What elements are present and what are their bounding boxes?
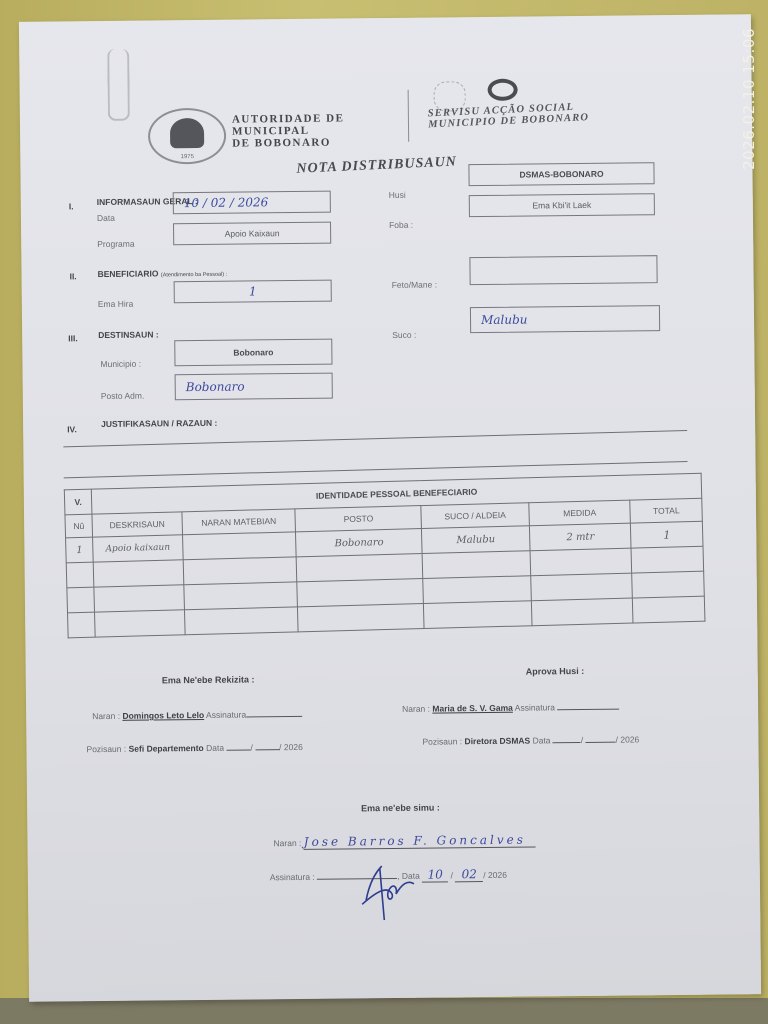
- assinatura-label: Assinatura :: [270, 872, 315, 882]
- cell-total[interactable]: [632, 571, 704, 598]
- requester-heading: Ema Ne'ebe Rekizita :: [162, 674, 255, 685]
- cell-total[interactable]: [633, 596, 705, 623]
- handwritten-signature-icon: [358, 860, 419, 927]
- document-page: 1975 AUTORIDADE DE MUNICIPAL DE BOBONARO…: [19, 14, 761, 1002]
- naran-label: Naran :: [273, 838, 301, 848]
- column-header: SUCO / ALDEIA: [421, 503, 529, 529]
- data-label: Data: [206, 743, 224, 753]
- year-text: / 2026: [616, 734, 640, 744]
- month-value: 02: [462, 867, 477, 881]
- receiver-name-line: Naran : Jose Barros F. Goncalves: [273, 832, 535, 850]
- photo-timestamp: 2026.02.10 15:06: [740, 28, 758, 170]
- document-title: NOTA DISTRIBUSAUN: [296, 154, 457, 177]
- naran-label: Naran :: [402, 704, 430, 714]
- data-label: Data: [97, 213, 115, 223]
- beneficiario-title: BENEFICIARIO: [97, 268, 158, 279]
- requester-position-line: Pozisaun : Sefi Departemento Data / / 20…: [86, 740, 302, 754]
- cell-no[interactable]: [68, 612, 96, 638]
- posto-field[interactable]: Bobonaro: [175, 373, 333, 401]
- social-service-seal-icon: [488, 79, 518, 101]
- section-number: II.: [70, 271, 77, 281]
- programa-label: Programa: [97, 239, 134, 249]
- data-value: 10 / 02 / 2026: [184, 195, 269, 210]
- cell-naran-matebian[interactable]: [184, 582, 298, 610]
- year-text: / 2026: [279, 742, 303, 752]
- approver-name: Maria de S. V. Gama: [432, 703, 513, 714]
- cell-posto[interactable]: [297, 579, 423, 607]
- cell-no[interactable]: [66, 562, 94, 588]
- receiver-name-field[interactable]: Jose Barros F. Goncalves: [304, 832, 536, 849]
- municipio-label: Municipio :: [100, 359, 141, 369]
- day-value: 10: [427, 867, 442, 881]
- pozisaun-label: Pozisaun :: [422, 736, 462, 746]
- municipio-field[interactable]: Bobonaro: [174, 339, 332, 367]
- column-header: POSTO: [295, 506, 421, 532]
- assinatura-label: Assinatura: [515, 702, 555, 712]
- desk-surface: [0, 998, 768, 1024]
- column-header: MEDIDA: [529, 500, 631, 526]
- receiver-name: Jose Barros F. Goncalves: [304, 833, 526, 849]
- approver-signature-field[interactable]: [557, 700, 619, 711]
- receiver-heading: Ema ne'ebe simu :: [361, 802, 440, 813]
- seal-year: 1975: [150, 154, 224, 161]
- cell-naran-matebian[interactable]: [184, 607, 298, 635]
- section-title: JUSTIFIKASAUN / RAZAUN :: [101, 418, 217, 429]
- cell-suco-aldeia[interactable]: [422, 551, 530, 579]
- month-field[interactable]: [255, 740, 279, 750]
- requester-name: Domingos Leto Lelo: [122, 710, 204, 721]
- section-number: IV.: [67, 424, 77, 434]
- approver-position-line: Pozisaun : Diretora DSMAS Data / / 2026: [422, 732, 639, 746]
- husi-label: Husi: [389, 190, 406, 200]
- day-field[interactable]: [553, 733, 581, 743]
- assinatura-label: Assinatura: [206, 710, 246, 720]
- approver-position: Diretora DSMAS: [464, 736, 530, 747]
- cell-medida[interactable]: [531, 573, 633, 601]
- data-field[interactable]: 10 / 02 / 2026: [173, 191, 331, 215]
- feto-mane-label: Feto/Mane :: [392, 279, 437, 289]
- feto-mane-field[interactable]: [469, 255, 657, 285]
- cell-deskrisaun[interactable]: [93, 560, 183, 587]
- foba-label: Foba :: [389, 220, 413, 230]
- org-line: AUTORIDADE DE: [232, 112, 345, 125]
- org-line: DE BOBONARO: [232, 136, 345, 149]
- cell-no[interactable]: 1: [66, 537, 94, 563]
- section-number: III.: [68, 333, 78, 343]
- husi-field[interactable]: DSMAS-BOBONARO: [468, 162, 654, 186]
- ema-hira-field[interactable]: 1: [174, 280, 332, 304]
- cell-medida[interactable]: 2 mtr: [529, 523, 631, 551]
- cell-suco-aldeia[interactable]: [424, 601, 532, 629]
- programa-field[interactable]: Apoio Kaixaun: [173, 222, 331, 246]
- cell-no[interactable]: [67, 587, 95, 613]
- cell-suco-aldeia[interactable]: Malubu: [422, 526, 530, 554]
- cell-deskrisaun[interactable]: [94, 585, 184, 612]
- cell-naran-matebian[interactable]: [182, 532, 296, 560]
- left-organization-name: AUTORIDADE DE MUNICIPAL DE BOBONARO: [232, 112, 345, 149]
- suco-field[interactable]: Malubu: [470, 305, 660, 333]
- posto-value: Bobonaro: [186, 380, 245, 395]
- requester-position: Sefi Departemento: [129, 743, 204, 754]
- naran-label: Naran :: [92, 711, 120, 721]
- cell-posto[interactable]: [298, 604, 424, 632]
- month-field[interactable]: [586, 733, 616, 743]
- column-header: DESKRISAUN: [92, 512, 182, 537]
- cell-posto[interactable]: [297, 554, 423, 582]
- cell-deskrisaun[interactable]: [95, 610, 185, 637]
- pozisaun-label: Pozisaun :: [86, 744, 126, 754]
- data-label: Data: [532, 735, 550, 745]
- suco-value: Malubu: [481, 313, 528, 327]
- suco-label: Suco :: [392, 330, 416, 340]
- justification-line[interactable]: [63, 430, 687, 447]
- column-header: TOTAL: [630, 498, 702, 523]
- beneficiary-identity-table: V. IDENTIDADE PESSOAL BENEFECIARIO Nû DE…: [64, 473, 706, 639]
- cell-medida[interactable]: [531, 598, 633, 626]
- section-number: V.: [64, 489, 92, 515]
- requester-name-line: Naran : Domingos Leto Lelo Assinatura: [92, 707, 302, 721]
- approver-name-line: Naran : Maria de S. V. Gama Assinatura: [402, 700, 619, 714]
- beneficiario-subtitle: (Atendimento ba Pessoal) :: [161, 272, 227, 279]
- cell-deskrisaun[interactable]: Apoio kaixaun: [93, 535, 183, 562]
- cell-posto[interactable]: Bobonaro: [296, 529, 422, 557]
- cell-total[interactable]: [632, 546, 704, 573]
- day-field[interactable]: 10: [422, 867, 448, 882]
- cell-suco-aldeia[interactable]: [423, 576, 531, 604]
- ema-hira-label: Ema Hira: [98, 299, 134, 309]
- paper-clip-icon: [107, 49, 130, 121]
- cell-medida[interactable]: [530, 548, 632, 576]
- month-field[interactable]: 02: [455, 867, 483, 882]
- section-title: DESTINSAUN :: [98, 329, 159, 340]
- requester-signature-field[interactable]: [246, 707, 302, 718]
- column-header: Nû: [65, 514, 93, 538]
- municipal-seal-icon: 1975: [148, 108, 227, 165]
- cell-total[interactable]: 1: [631, 521, 703, 548]
- foba-field[interactable]: Ema Kbi'it Laek: [469, 193, 655, 217]
- approver-heading: Aprova Husi :: [526, 666, 585, 677]
- cell-naran-matebian[interactable]: [183, 557, 297, 585]
- posto-label: Posto Adm.: [101, 391, 145, 401]
- section-title: BENEFICIARIO (Atendimento ba Pessoal) :: [97, 268, 227, 279]
- section-number: I.: [69, 201, 74, 211]
- ema-hira-value: 1: [249, 284, 257, 298]
- year-text: / 2026: [483, 870, 507, 880]
- column-header: NARAN MATEBIAN: [182, 509, 296, 535]
- day-field[interactable]: [226, 740, 250, 750]
- header-divider: [408, 90, 410, 142]
